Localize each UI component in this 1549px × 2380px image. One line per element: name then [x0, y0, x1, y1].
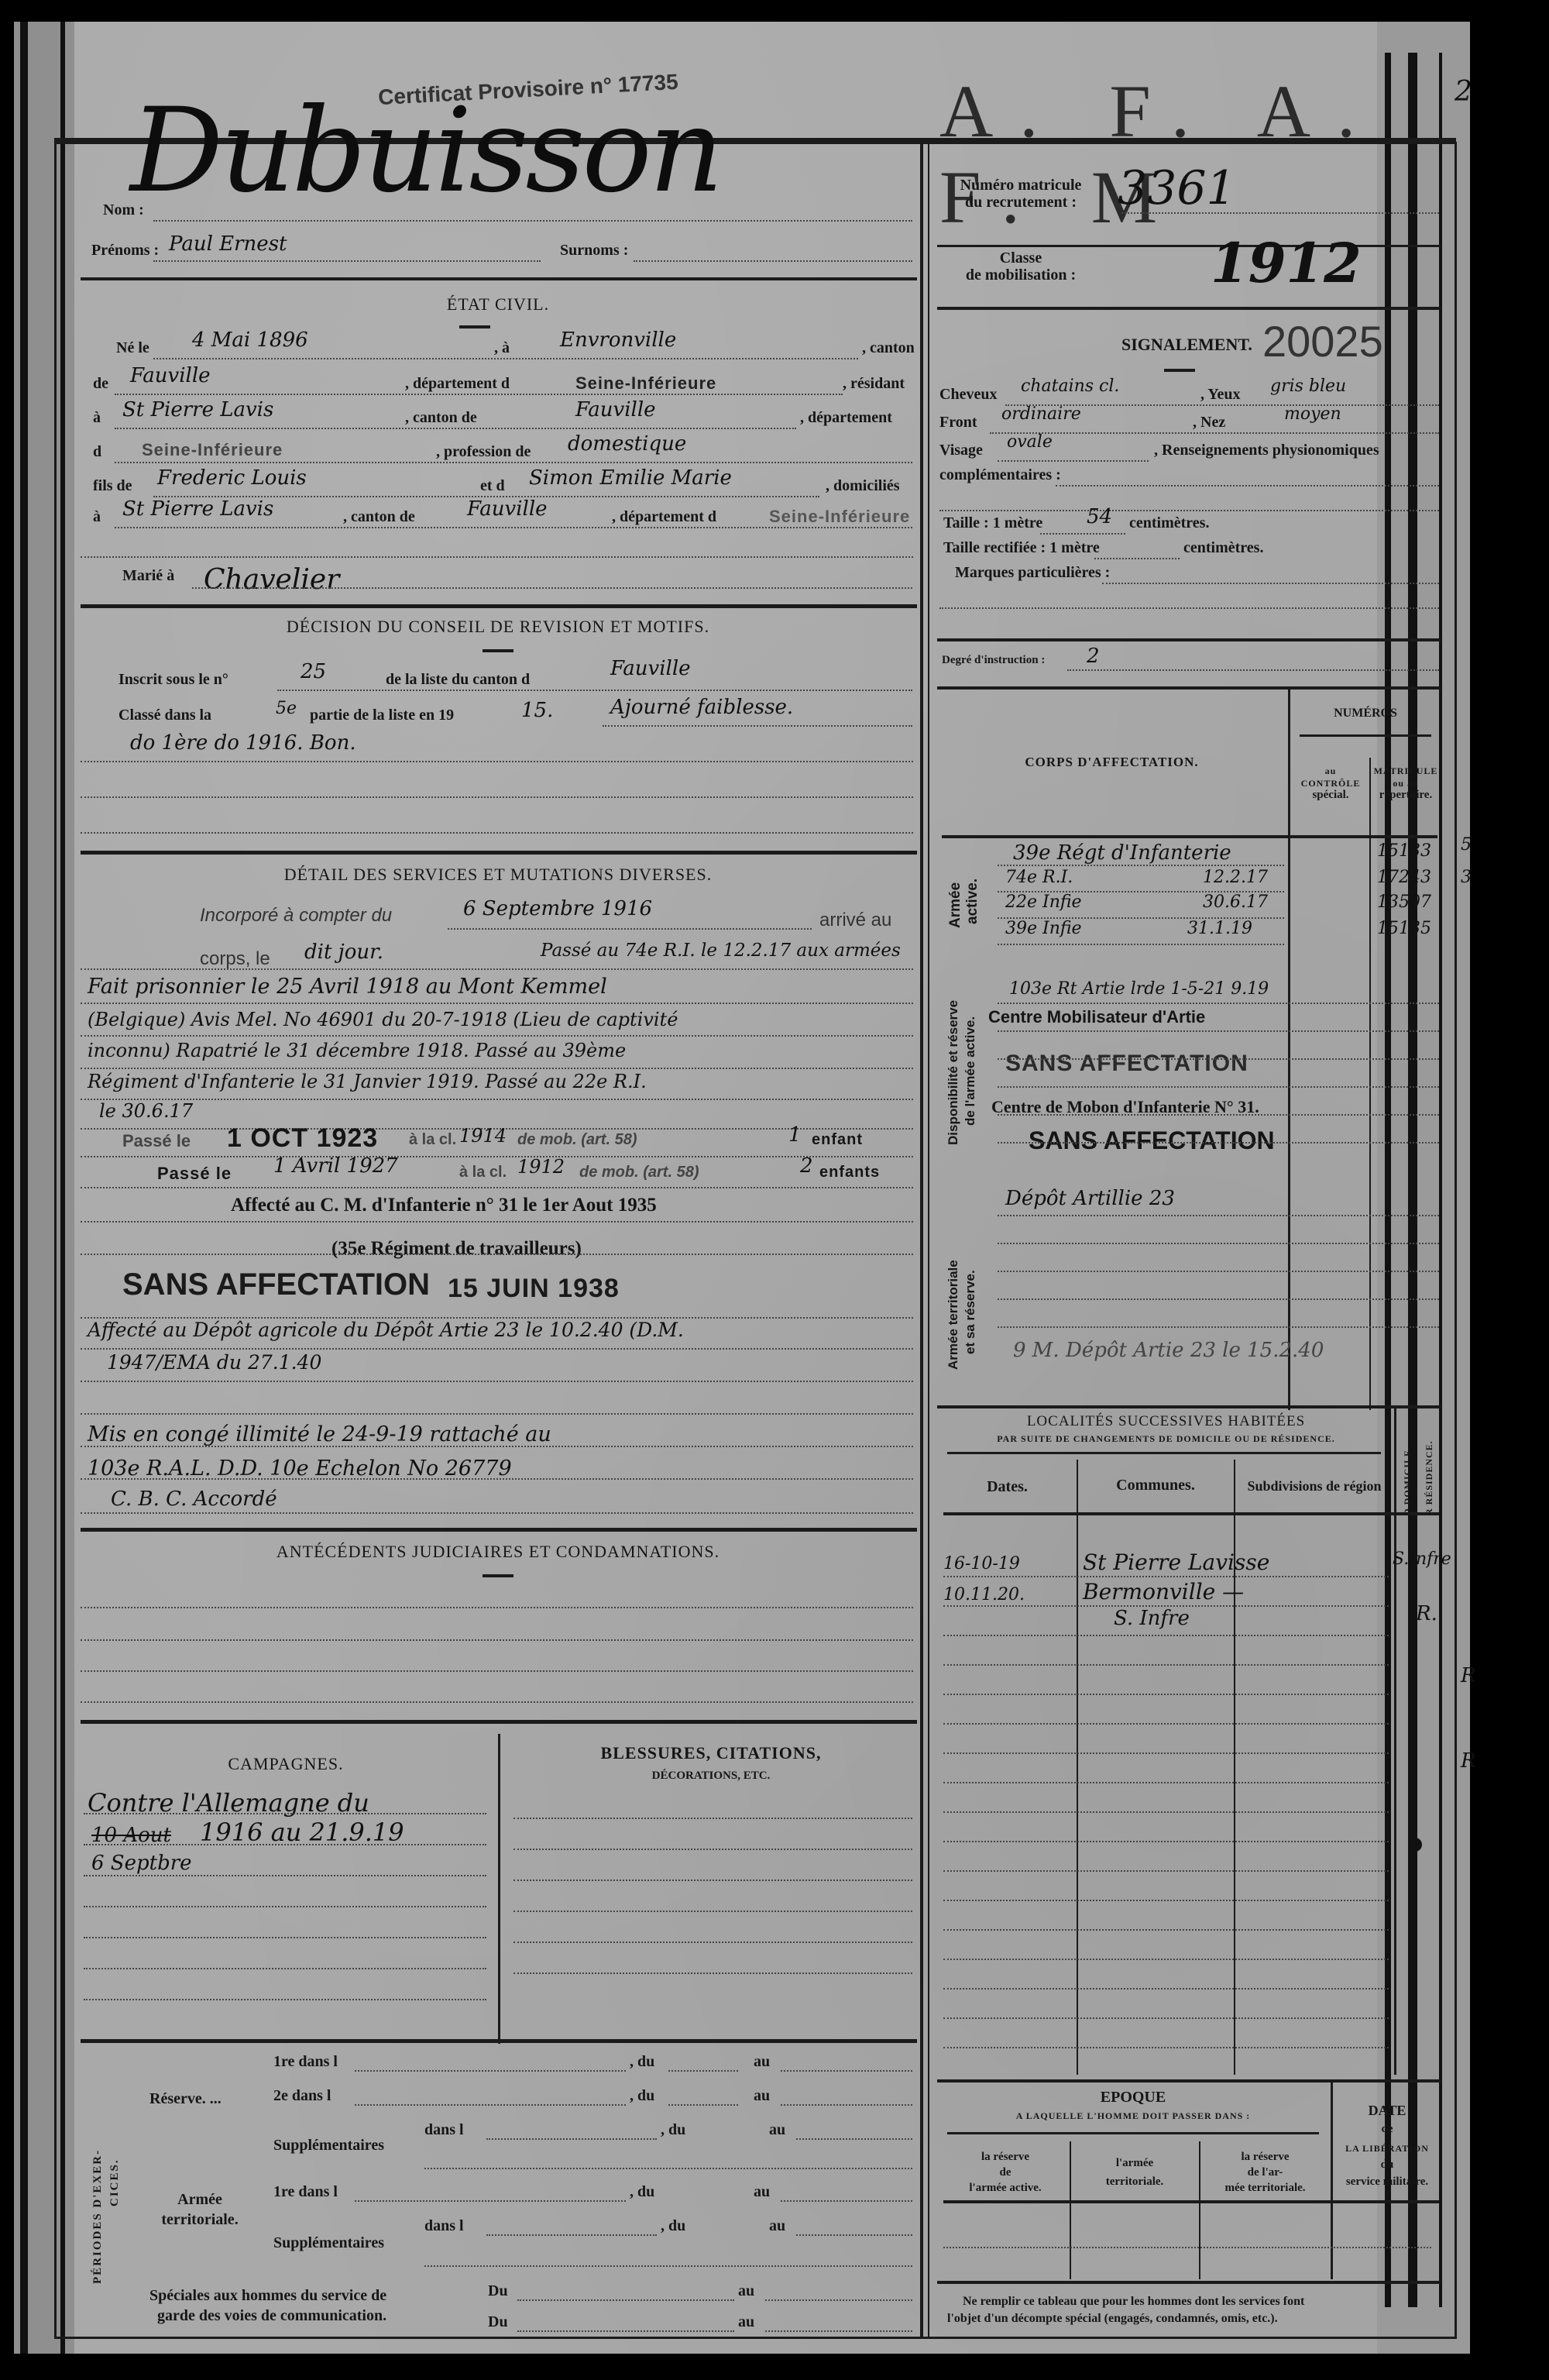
disponibilite-row-4: SANS AFFECTATION: [1029, 1126, 1275, 1155]
col-matricule-2: ou au: [1371, 778, 1441, 789]
liste-label: de la liste du canton d: [386, 671, 530, 689]
signalement-stamp-number: 20025: [1262, 316, 1383, 366]
sans-affectation-stamp: SANS AFFECTATION: [122, 1267, 430, 1302]
profession-label: , profession de: [436, 443, 531, 461]
territoriale-label-1: Armée territoriale: [946, 1260, 961, 1370]
passe-2-tail: de mob. (art. 58): [579, 1164, 699, 1181]
register-page: Certificat Provisoire n° 17735 A. F. A. …: [14, 22, 1470, 2354]
service-entry-1: Fait prisonnier le 25 Avril 1918 au Mont…: [88, 975, 607, 999]
numero-label-2: du recrutement :: [939, 194, 1102, 212]
birthplace-value: Envronville: [560, 328, 676, 352]
periodes-side-label-1: PÉRIODES D'EXER-: [91, 2149, 105, 2284]
reserve-supp-du: , du: [661, 2121, 685, 2139]
decision-title: DÉCISION DU CONSEIL DE REVISION ET MOTIF…: [76, 617, 920, 637]
centimetres2-label: centimètres.: [1183, 539, 1263, 557]
corps-affectation-title: CORPS D'AFFECTATION.: [939, 755, 1284, 770]
armee-active-matricule-1: 17243: [1377, 868, 1431, 887]
canton2-value: Fauville: [575, 398, 656, 421]
etat-civil-title: ÉTAT CIVIL.: [76, 294, 920, 315]
margin-mark-2: R: [1461, 1664, 1476, 1687]
blessures-subtitle: DÉCORATIONS, ETC.: [510, 1770, 912, 1783]
localite-commune-1: Bermonville —: [1083, 1579, 1244, 1604]
marques-label: Marques particulières :: [955, 564, 1110, 582]
marie-label: Marié à: [122, 567, 174, 585]
localites-col-residence: R RÉSIDENCE.: [1424, 1440, 1435, 1515]
armee-terr-label-1: Armée: [149, 2191, 250, 2209]
localites-col-dates: Dates.: [939, 1478, 1075, 1496]
canton3-value: Fauville: [467, 497, 548, 521]
father-value: Frederic Louis: [157, 466, 307, 490]
armee-active-date-2: 30.6.17: [1203, 892, 1268, 912]
armee-active-corps-1: 74e R.I.: [1005, 868, 1073, 887]
services-title: DÉTAIL DES SERVICES ET MUTATIONS DIVERSE…: [76, 865, 920, 885]
reserve-row-2-du: , du: [630, 2087, 654, 2105]
margin-mark-3: R: [1461, 1749, 1476, 1773]
inscrit-label: Inscrit sous le n°: [118, 671, 228, 689]
arrive-label: arrivé au: [819, 910, 891, 931]
partie-label: partie de la liste en 19: [310, 707, 454, 724]
passe-1-class: 1914: [459, 1125, 507, 1147]
col-controle-1: au: [1292, 765, 1369, 777]
speciales-du-2: Du: [488, 2313, 508, 2331]
armee-terr-du: , du: [630, 2183, 654, 2201]
epoque-note-1: Ne remplir ce tableau que pour les homme…: [963, 2295, 1304, 2309]
liberation-l1: DATE: [1333, 2103, 1441, 2119]
conge-line-2: 103e R.A.L. D.D. 10e Echelon No 26779: [88, 1457, 512, 1481]
localites-col-communes: Communes.: [1079, 1477, 1232, 1494]
conge-line-3: C. B. C. Accordé: [111, 1487, 277, 1511]
armee-terr-supp-dans: dans l: [424, 2217, 464, 2235]
ink-blot: [1408, 1838, 1422, 1852]
a3-label: à: [93, 508, 101, 526]
reserve-supp-dans: dans l: [424, 2121, 464, 2139]
centimetres-label: centimètres.: [1129, 514, 1209, 532]
speciales-au-1: au: [738, 2282, 754, 2300]
incorpore-label: Incorporé à compter du: [200, 905, 392, 927]
numero-value: 3361: [1118, 161, 1236, 215]
numeros-title: NUMÉROS: [1292, 707, 1439, 721]
reserve-supp-label: Supplémentaires: [273, 2137, 384, 2155]
complementaires-label: complémentaires :: [939, 466, 1061, 484]
speciales-label-1: Spéciales aux hommes du service de: [149, 2287, 386, 2305]
armee-terr-supp-au: au: [769, 2217, 785, 2235]
mother-value: Simon Emilie Marie: [529, 466, 732, 490]
armee-active-matricule-0: 15133: [1377, 841, 1431, 861]
residence-value: St Pierre Lavis: [122, 398, 273, 421]
epoque-col-2-l1: l'armée: [1073, 2157, 1197, 2170]
localite-commune-2: S. Infre: [1114, 1607, 1190, 1630]
classe-label-2: de mobilisation :: [939, 267, 1102, 284]
affecte-stamp: Affecté au C. M. d'Infanterie n° 31 le 1…: [231, 1195, 657, 1216]
passe-2-mid: à la cl.: [459, 1164, 507, 1181]
partie-year: 15.: [521, 699, 553, 722]
localites-subtitle: PAR SUITE DE CHANGEMENTS DE DOMICILE OU …: [939, 1433, 1393, 1445]
armee-terr-supp-label: Supplémentaires: [273, 2234, 384, 2252]
disponibilite-row-2: SANS AFFECTATION: [1005, 1051, 1248, 1077]
front-label: Front: [939, 414, 977, 432]
visage-label: Visage: [939, 442, 983, 459]
passe-2-label: Passé le: [157, 1164, 232, 1184]
speciales-label-2: garde des voies de communication.: [157, 2307, 386, 2325]
armee-active-label-1: Armée: [947, 882, 964, 928]
liberation-l2: de: [1333, 2123, 1441, 2136]
epoque-note-2: l'objet d'un décompte spécial (engagés, …: [947, 2312, 1278, 2326]
reserve-row-1-au: au: [754, 2053, 770, 2071]
passe-1-label: Passé le: [122, 1131, 191, 1151]
armee-active-corps-0: 39e Régt d'Infanterie: [1013, 841, 1231, 865]
liberation-l4: du: [1333, 2158, 1441, 2172]
classe-dans-value: 5e: [276, 699, 297, 718]
passe-1-tail: de mob. (art. 58): [517, 1131, 637, 1149]
passe-1-date: 1 OCT 1923: [227, 1123, 378, 1154]
armee-active-matricule-3: 15135: [1377, 919, 1431, 938]
periodes-side-label-2: CICES.: [108, 2158, 122, 2206]
epoque-col-1-l1: la réserve: [943, 2151, 1067, 2164]
departement3-stamp: Seine-Inférieure: [769, 507, 910, 527]
yeux-label: , Yeux: [1200, 386, 1240, 404]
localite-dr-2: R.: [1416, 1602, 1437, 1625]
reserve-row-1-du: , du: [630, 2053, 654, 2071]
fils-de-label: fils de: [93, 477, 132, 495]
classe-label-1: Classe: [939, 249, 1102, 267]
territoriale-row-0: Dépôt Artillie 23: [1005, 1187, 1175, 1210]
epoque-title: EPOQUE: [939, 2089, 1327, 2107]
armee-active-date-3: 31.1.19: [1187, 919, 1252, 938]
localites-col-domicile: D DOMICILE.: [1402, 1446, 1413, 1515]
prenoms-label: Prénoms :: [91, 242, 159, 260]
cheveux-label: Cheveux: [939, 386, 997, 404]
corps-value: dit jour.: [304, 941, 383, 964]
classe-dans-label: Classé dans la: [118, 707, 211, 724]
nom-label: Nom :: [103, 201, 144, 219]
disponibilite-row-1: Centre Mobilisateur d'Artie: [988, 1007, 1205, 1027]
corner-mark: 2: [1455, 76, 1472, 108]
col-controle-3: spécial.: [1292, 789, 1369, 802]
nez-label: , Nez: [1193, 414, 1225, 432]
armee-active-matricule-2: 13507: [1377, 892, 1431, 912]
conge-line-1: Mis en congé illimité le 24-9-19 rattach…: [88, 1422, 551, 1446]
localites-col-subdivisions: Subdivisions de région: [1236, 1478, 1393, 1494]
localites-title: LOCALITÉS SUCCESSIVES HABITÉES: [939, 1413, 1393, 1430]
surname-value: Dubuisson: [130, 84, 720, 218]
passe-1-mid: à la cl.: [409, 1131, 456, 1149]
canton3-label: , canton de: [343, 508, 415, 526]
domicilies-label: , domiciliés: [826, 477, 900, 495]
col-controle-2: CONTRÔLE: [1292, 778, 1369, 789]
de-label: de: [93, 375, 108, 393]
armee-terr-row: 1re dans l: [273, 2183, 338, 2201]
localite-dr-0: S.Infre: [1393, 1549, 1451, 1569]
service-entry-4: Régiment d'Infanterie le 31 Janvier 1919…: [88, 1071, 647, 1092]
affecte-depot-2: 1947/EMA du 27.1.40: [107, 1351, 321, 1374]
departement2-label: , département: [800, 409, 892, 427]
renseignements-label: , Renseignements physionomiques: [1154, 442, 1379, 459]
armee-terr-label-2: territoriale.: [149, 2211, 250, 2229]
epoque-col-3-l2: de l'ar-: [1201, 2166, 1329, 2179]
affecte-depot-1: Affecté au Dépôt agricole du Dépôt Artie…: [88, 1319, 684, 1341]
margin-mark-1: 3: [1461, 868, 1472, 887]
armee-terr-au: au: [754, 2183, 770, 2201]
disponibilite-row-0: 103e Rt Artie lrde 1-5-21 9.19: [1009, 979, 1269, 999]
reserve-row-1: 1re dans l: [273, 2053, 338, 2071]
date-stamp: 15 JUIN 1938: [448, 1274, 620, 1304]
reserve-supp-au: au: [769, 2121, 785, 2139]
taille-label: Taille : 1 mètre: [943, 514, 1042, 532]
marie-value: Chavelier: [204, 564, 339, 596]
passe-2-count: 2: [800, 1154, 813, 1178]
departement-stamp: Seine-Inférieure: [575, 373, 716, 394]
degre-value: 2: [1087, 645, 1100, 668]
departement3-label: , département d: [612, 508, 716, 526]
armee-active-corps-2: 22e Infie: [1005, 892, 1082, 912]
armee-active-corps-3: 39e Infie: [1005, 919, 1082, 938]
localite-date-1: 10.11.20.: [943, 1585, 1025, 1604]
campagnes-line-3: 6 Septbre: [91, 1852, 192, 1875]
passe-2-class: 1912: [517, 1156, 565, 1178]
antecedents-title: ANTÉCÉDENTS JUDICIAIRES ET CONDAMNATIONS…: [76, 1542, 920, 1562]
passe-1-count: 1: [788, 1123, 802, 1147]
signalement-title: SIGNALEMENT.: [1121, 335, 1252, 355]
margin-mark-0: 5: [1461, 835, 1472, 855]
liste-value: Fauville: [610, 657, 691, 680]
visage-value: ovale: [1007, 432, 1053, 452]
canton2-label: , canton de: [405, 409, 477, 427]
service-entry-3: inconnu) Rapatrié le 31 décembre 1918. P…: [88, 1040, 626, 1061]
taille-value: 54: [1087, 505, 1112, 528]
departement2-stamp: Seine-Inférieure: [142, 440, 283, 460]
cheveux-value: chatains cl.: [1021, 377, 1119, 396]
surnoms-label: Surnoms :: [560, 242, 628, 260]
passe-1-enfant: enfant: [812, 1131, 863, 1149]
incorpore-value: 6 Septembre 1916: [463, 897, 652, 920]
front-value: ordinaire: [1001, 404, 1081, 424]
canton-label: , canton: [862, 339, 915, 357]
armee-active-label-2: active.: [964, 879, 981, 924]
d-label: d: [93, 443, 101, 461]
col-matricule-3: répertoire.: [1371, 789, 1441, 802]
epoque-col-1-l2: de: [943, 2166, 1067, 2179]
blessures-title: BLESSURES, CITATIONS,: [510, 1743, 912, 1763]
territoriale-label-2: et sa réserve.: [963, 1270, 978, 1354]
canton-value: Fauville: [130, 364, 211, 387]
a2-label: à: [93, 409, 101, 427]
armee-active-date-1: 12.2.17: [1203, 868, 1268, 887]
passe-2-enfant: enfants: [819, 1164, 880, 1181]
speciales-au-2: au: [738, 2313, 754, 2331]
yeux-value: gris bleu: [1270, 377, 1346, 396]
epoque-subtitle: A LAQUELLE L'HOMME DOIT PASSER DANS :: [939, 2110, 1327, 2122]
numero-label-1: Numéro matricule: [939, 177, 1102, 194]
classe-value: 1912: [1211, 231, 1362, 295]
profession-value: domestique: [568, 432, 686, 456]
passe-2-date: 1 Avril 1927: [273, 1154, 398, 1178]
epoque-col-3-l3: mée territoriale.: [1201, 2182, 1329, 2195]
epoque-col-2-l2: territoriale.: [1073, 2175, 1197, 2189]
residant-label: , résidant: [843, 375, 905, 393]
nez-value: moyen: [1284, 404, 1341, 424]
inscrit-value: 25: [301, 660, 326, 683]
service-entry-0: Passé au 74e R.I. le 12.2.17 aux armées: [541, 941, 901, 961]
armee-terr-supp-du: , du: [661, 2217, 685, 2235]
campagnes-title: CAMPAGNES.: [81, 1754, 491, 1774]
degre-label: Degré d'instruction :: [942, 654, 1045, 667]
col-matricule-1: MATRICULE: [1371, 765, 1441, 777]
reserve-label: Réserve. ...: [149, 2090, 222, 2108]
liberation-l5: service militaire.: [1333, 2175, 1441, 2189]
localite-date-0: 16-10-19: [943, 1554, 1020, 1573]
service-entry-5: le 30.6.17: [99, 1100, 193, 1122]
corps-label: corps, le: [200, 948, 270, 970]
motif-2: do 1ère do 1916. Bon.: [130, 731, 356, 755]
disponibilite-label-1: Disponibilité et réserve: [946, 1000, 961, 1145]
localite-commune-0: St Pierre Lavisse: [1083, 1549, 1269, 1575]
departement-label: , département d: [405, 375, 510, 393]
service-entry-2: (Belgique) Avis Mel. No 46901 du 20-7-19…: [88, 1009, 678, 1030]
taille-rectifiee-label: Taille rectifiée : 1 mètre: [943, 539, 1100, 557]
parents-residence-value: St Pierre Lavis: [122, 497, 273, 521]
disponibilite-label-2: de l'armée active.: [963, 1016, 978, 1126]
birth-date-value: 4 Mai 1896: [192, 328, 308, 352]
prenoms-value: Paul Ernest: [169, 232, 287, 256]
motif-1: Ajourné faiblesse.: [610, 696, 793, 719]
liberation-l3: LA LIBÉRATION: [1333, 2143, 1441, 2155]
epoque-col-1-l3: l'armée active.: [943, 2182, 1067, 2195]
campagnes-line-2: 1916 au 21.9.19: [200, 1818, 404, 1847]
a-label: , à: [494, 339, 510, 357]
reserve-row-2-au: au: [754, 2087, 770, 2105]
epoque-col-3-l1: la réserve: [1201, 2151, 1329, 2164]
et-d-label: et d: [480, 477, 505, 495]
reserve-row-2: 2e dans l: [273, 2087, 331, 2105]
speciales-du-1: Du: [488, 2282, 508, 2300]
regiment-stamp: (35e Régiment de travailleurs): [331, 1238, 582, 1260]
ne-le-label: Né le: [116, 339, 149, 357]
territoriale-row-1: 9 M. Dépôt Artie 23 le 15.2.40: [1013, 1339, 1324, 1362]
